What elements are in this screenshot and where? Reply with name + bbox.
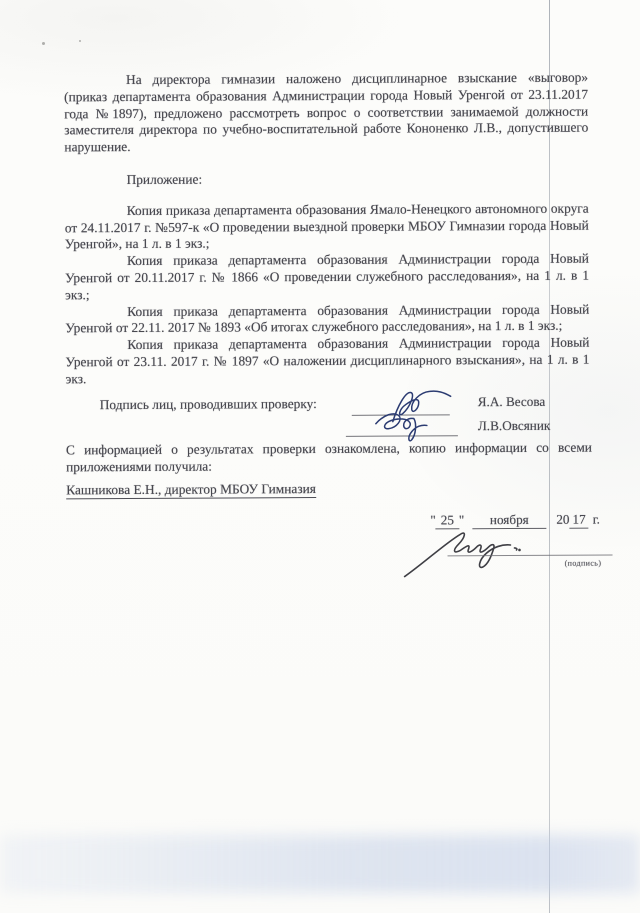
recipient-name: Кашникова Е.Н., директор МБОУ Гимназия [66,481,316,499]
attachment-item: Копия приказа департамента образования А… [65,251,589,304]
main-paragraph: На директора гимназии наложено дисциплин… [64,70,588,157]
attachment-item: Копия приказа департамента образования А… [65,335,589,388]
date-year-prefix: 20 [556,512,569,527]
close-quote: " [459,512,464,527]
document-body: На директора гимназии наложено дисциплин… [64,70,590,388]
attachment-item: Копия приказа департамента образования Я… [65,200,589,253]
document-content: На директора гимназии наложено дисциплин… [0,0,640,913]
date-era: г. [593,512,600,527]
signer-name: Я.А. Весова [478,394,546,410]
attachment-item: Копия приказа департамента образования А… [65,301,589,337]
signature-caption: (подпись) [565,559,602,568]
acknowledgement-paragraph: С информацией о результатах проверки озн… [66,440,592,476]
date-year-suffix: 17 [569,512,588,529]
signers-section: Подпись лиц, проводивших проверку: Я.А. … [0,0,638,2]
signers-label: Подпись лиц, проводивших проверку: [100,396,317,413]
recipient-line: Кашникова Е.Н., директор МБОУ Гимназия [66,481,316,498]
signature-scrawl-kashnikova [398,526,566,581]
signer-name: Л.В.Овсяник [478,418,551,434]
scanned-document-page: На директора гимназии наложено дисциплин… [0,0,640,913]
attachments-heading: Приложение: [65,170,589,190]
